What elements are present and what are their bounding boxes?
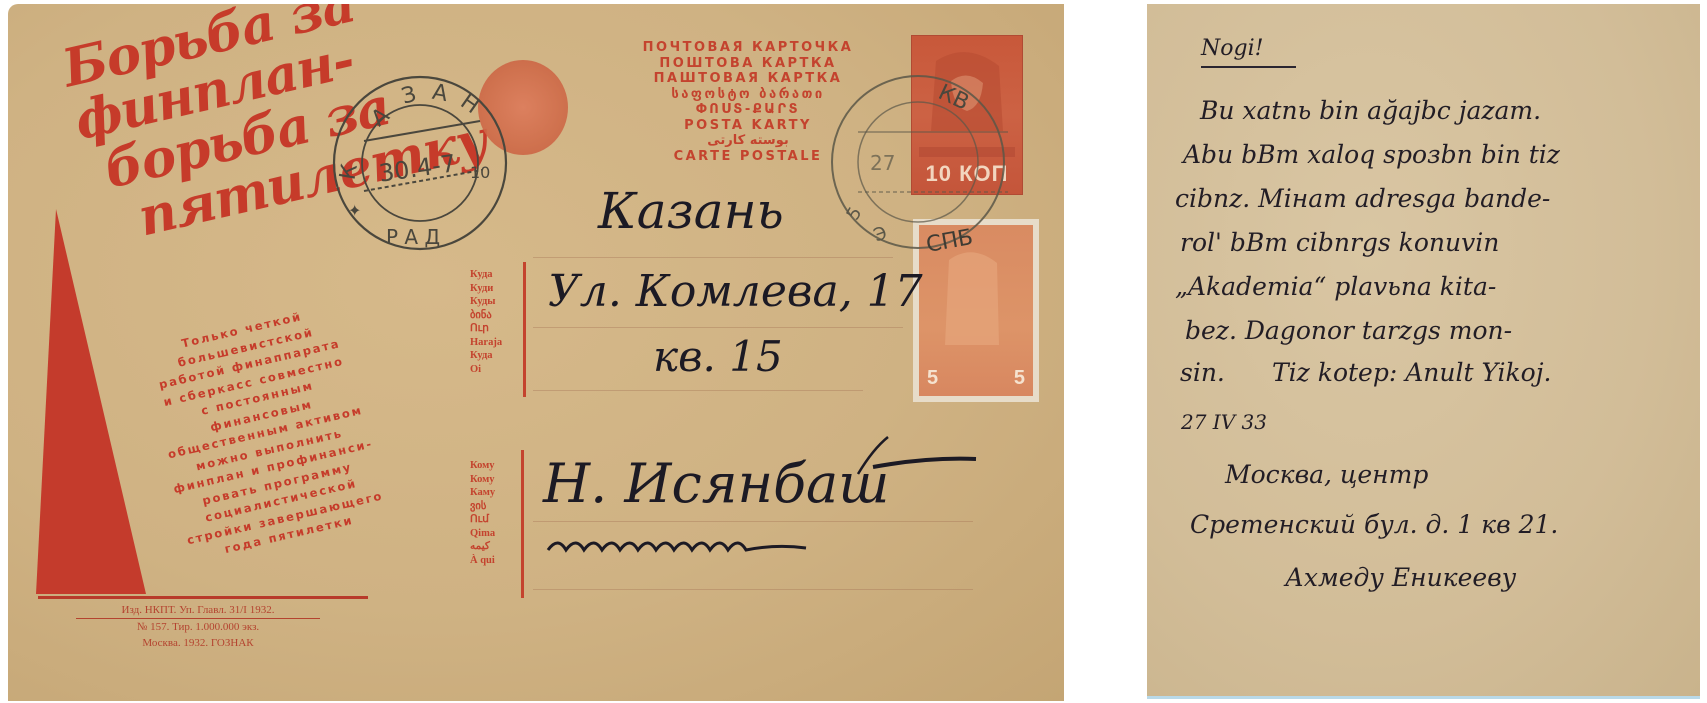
stamp-value: 5: [1014, 367, 1025, 390]
greeting-underline: [1201, 66, 1296, 68]
svg-text:5: 5: [842, 204, 866, 224]
svg-text:К: К: [336, 162, 363, 182]
address-label: Ուր: [470, 322, 502, 336]
svg-text:27: 27: [870, 151, 895, 175]
letter-line: rol' bBm cibnrgs konuvin: [1180, 228, 1499, 257]
divider-rule: [38, 596, 368, 599]
recipient-label: Ում: [470, 513, 495, 527]
svg-text:З: З: [399, 82, 419, 110]
recipient-label: ვის: [470, 500, 495, 514]
letter-line: cibnz. Miнam adresga bande-: [1175, 184, 1550, 213]
address-label: Куда: [470, 268, 502, 282]
svg-text:КВ: КВ: [934, 80, 972, 116]
svg-text:А: А: [367, 103, 395, 132]
svg-text:А: А: [430, 80, 449, 107]
svg-text:Р А Д: Р А Д: [386, 225, 440, 249]
address-labels: Куда Куди Куды ბინა Ուր Haraja Куда Oi: [470, 268, 502, 376]
recipient-label: Кому: [470, 459, 495, 473]
imprint-line: № 157. Тир. 1.000.000 экз.: [68, 619, 328, 635]
publisher-imprint: Изд. НКПТ. Уп. Главл. 31/I 1932. № 157. …: [68, 602, 328, 651]
header-line: ПОЧТОВАЯ КАРТОЧКА: [628, 40, 868, 56]
recipient-label: Qima: [470, 527, 495, 541]
recipient-label: À qui: [470, 554, 495, 568]
letter-line: Bu xatnь bin ağajbc jazam.: [1200, 96, 1541, 125]
letter-line: sin.: [1180, 358, 1225, 387]
address-bracket: [523, 262, 526, 397]
address-line: [533, 390, 863, 391]
address-line: [533, 589, 973, 590]
recipient-bracket: [521, 450, 524, 598]
address-line: [533, 327, 903, 328]
recipient-labels: Кому Кому Каму ვის Ում Qima كيمه À qui: [470, 459, 495, 567]
recipient-label: كيمه: [470, 540, 495, 554]
letter-date: 27 IV 33: [1181, 410, 1267, 434]
handwritten-city: Казань: [598, 182, 784, 240]
handwritten-street: Ул. Комлева, 17: [548, 266, 923, 317]
postcard-front: Борьба за финплан- борьба за пятилетку Т…: [8, 4, 1064, 701]
handwritten-underline-flourish: [543, 530, 903, 560]
handwritten-apartment: кв. 15: [653, 332, 783, 381]
address-label: Куда: [470, 349, 502, 363]
moscow-postmark: 27 5 Э СПБ КВ: [808, 62, 1008, 262]
stamp-value: 5: [927, 367, 938, 390]
svg-text:Н: Н: [456, 89, 484, 119]
imprint-line: Изд. НКПТ. Уп. Главл. 31/I 1932.: [68, 602, 328, 618]
imprint-line: Москва. 1932. ГОЗНАК: [68, 635, 328, 651]
svg-text:✦: ✦: [348, 201, 361, 220]
svg-text:СПБ: СПБ: [924, 225, 975, 258]
letter-signature: Tiz kotep: Anult Yikoj.: [1272, 358, 1551, 387]
address-label: Haraja: [470, 336, 502, 350]
address-label: Куди: [470, 282, 502, 296]
recipient-label: Кому: [470, 473, 495, 487]
handwritten-stroke: [778, 429, 978, 489]
letter-greeting: Nogi!: [1201, 36, 1263, 61]
address-label: ბინა: [470, 309, 502, 323]
kazan-postmark: 30.4-7 10 К А З А Н Р А Д ✦: [320, 66, 520, 256]
return-address-name: Ахмеду Еникееву: [1285, 563, 1516, 592]
address-line: [533, 257, 893, 258]
address-label: Oi: [470, 363, 502, 377]
red-triangle-graphic: [36, 209, 146, 594]
address-line: [533, 521, 973, 522]
letter-line: bez. Dagonor tarzgs mon-: [1185, 316, 1512, 345]
svg-text:30.4-7: 30.4-7: [377, 149, 458, 187]
letter-line: Abu bBm xaloq spoзbn bin tiz: [1183, 140, 1560, 169]
propaganda-text: Только четкой большевистской работой фин…: [123, 295, 408, 571]
return-address-line: Сретенский бул. д. 1 кв 21.: [1190, 510, 1558, 539]
address-label: Куды: [470, 295, 502, 309]
svg-text:10: 10: [470, 163, 490, 182]
svg-text:Э: Э: [871, 222, 890, 246]
return-address-line: Москва, центр: [1225, 460, 1428, 489]
recipient-label: Каму: [470, 486, 495, 500]
letter-line: „Akademia“ plavьna kita-: [1175, 272, 1496, 301]
